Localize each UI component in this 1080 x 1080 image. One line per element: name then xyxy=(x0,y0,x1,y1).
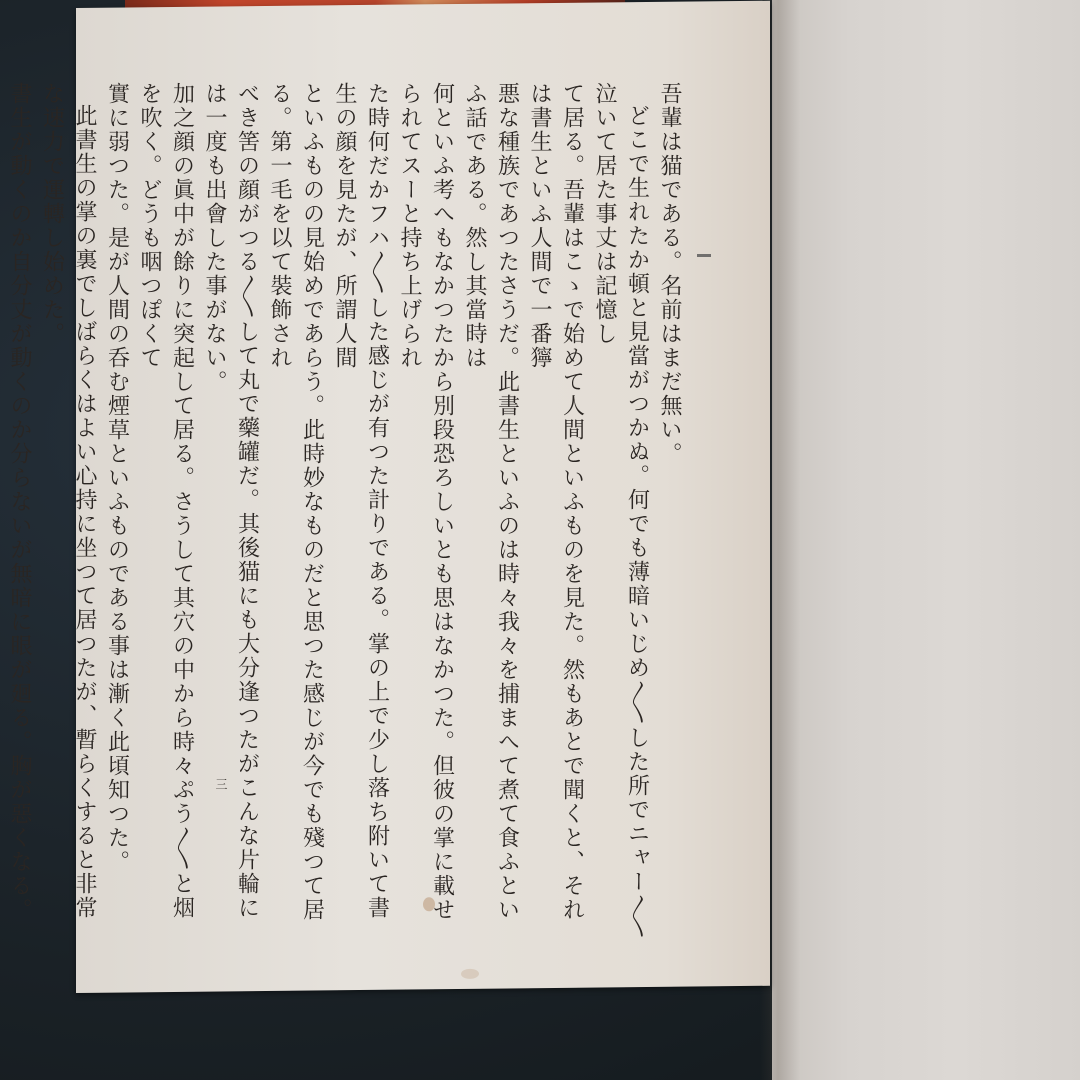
page-stain xyxy=(461,969,479,979)
text-column: どこで生れたか頓と見當がつかぬ。何でも薄暗いじめ〳〵した所でニャー〳〵泣いて居た… xyxy=(588,82,653,942)
text-column: て居る。吾輩はこゝで始めて人間といふものを見た。然もあとで聞くと、それは書生とい… xyxy=(523,82,588,942)
text-column: 悪な種族であつたさうだ。此書生といふのは時々我々を捕まへて煮て食ふといふ話である… xyxy=(458,82,523,942)
text-column: 加之顔の眞中が餘りに突起して居る。さうして其穴の中から時々ぷう〳〵と烟を吹く。ど… xyxy=(133,82,198,942)
text-column: 書生が動くのか自分丈が動くのか分らないが無暗に眼が廻る。胸が惡くなる。到底助から… xyxy=(0,82,35,942)
text-column: 何といふ考へもなかつたから別段恐ろしいとも思はなかつた。但彼の掌に載せられてスー… xyxy=(393,82,458,942)
text-column: た時何だかフハ〳〵した感じが有つた計りである。掌の上で少し落ち附いて書生の顔を見… xyxy=(328,82,393,942)
text-column: といふものの見始めであらう。此時妙なものだと思つた感じが今でも殘つて居る。第一毛… xyxy=(263,82,328,942)
body-text: 吾輩は猫である。名前はまだ無い。 どこで生れたか頓と見當がつかぬ。何でも薄暗いじ… xyxy=(205,82,685,942)
header-mark xyxy=(697,254,711,257)
right-page-blank xyxy=(772,0,1080,1080)
page-number: 三 xyxy=(213,778,230,790)
text-column: 吾輩は猫である。名前はまだ無い。 xyxy=(653,82,686,942)
text-column: べき筈の顔がつる〳〵して丸で藥罐だ。其後猫にも大分逢つたがこんな片輪には一度も出… xyxy=(198,82,263,942)
text-column: 此書生の掌の裏でしばらくはよい心持に坐つて居つたが、暫らくすると非常な速力で運轉… xyxy=(35,82,100,942)
text-column: 實に弱つた。是が人間の呑む煙草といふものである事は漸く此頃知つた。 xyxy=(100,82,133,942)
